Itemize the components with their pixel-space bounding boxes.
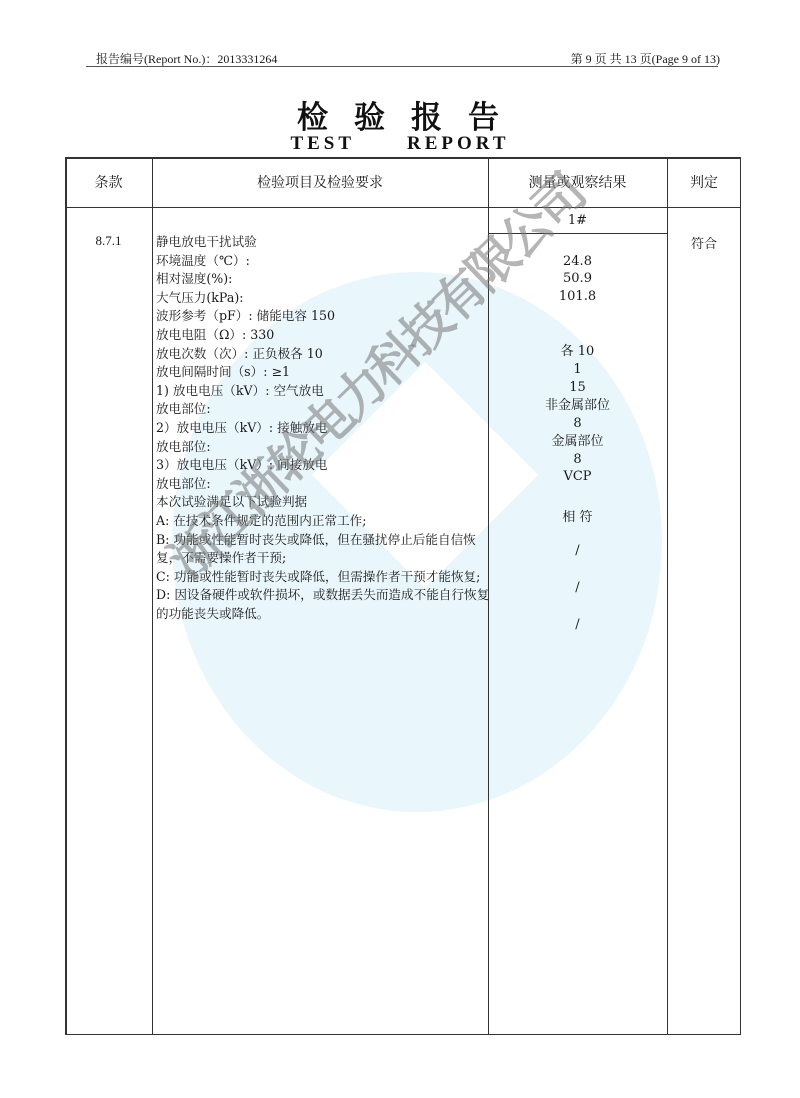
page-header: 报告编号(Report No.)：2013331264 第 9 页 共 13 页… xyxy=(96,48,720,68)
header-divider xyxy=(86,66,718,67)
report-number-label: 报告编号(Report No.)： xyxy=(96,52,217,66)
requirement-title: 静电放电干扰试验 xyxy=(156,233,492,252)
result-air-voltage: 15 xyxy=(488,379,667,398)
result-interval: 1 xyxy=(488,361,667,380)
criterion-d: D: 因设备硬件或软件损坏，或数据丢失而造成不能自行恢复的功能丧失或降低。 xyxy=(156,586,492,623)
result-indirect-voltage: 8 xyxy=(488,451,667,470)
result-indirect-location: VCP xyxy=(488,468,667,487)
result-contact-voltage: 8 xyxy=(488,415,667,434)
table-border-left xyxy=(65,157,67,1035)
table-border-right xyxy=(740,157,742,1035)
column-divider-1 xyxy=(152,157,153,1035)
result-criterion-c: / xyxy=(488,579,667,598)
verdict: 符合 xyxy=(667,233,741,252)
result-contact-location: 金属部位 xyxy=(488,433,667,452)
title-en-word1: TEST xyxy=(290,133,355,154)
report-number-value: 2013331264 xyxy=(217,52,277,66)
test-report-table: 条款 检验项目及检验要求 测量或观察结果 判定 1# 8.7.1 静电放电干扰试… xyxy=(65,157,741,1035)
result-discharge-count: 各 10 xyxy=(488,343,667,362)
column-divider-3 xyxy=(667,157,668,1035)
result-pressure: 101.8 xyxy=(488,288,667,307)
header-row-divider xyxy=(65,207,741,208)
report-title-en: TESTREPORT xyxy=(0,133,800,155)
column-header-clause: 条款 xyxy=(65,157,152,207)
result-criterion-b: / xyxy=(488,542,667,561)
table-border-bottom xyxy=(65,1034,741,1036)
report-number: 报告编号(Report No.)：2013331264 xyxy=(96,50,277,67)
result-air-location: 非金属部位 xyxy=(488,397,667,416)
column-header-verdict: 判定 xyxy=(667,157,741,207)
column-header-requirements: 检验项目及检验要求 xyxy=(152,157,488,207)
result-criterion-a: 相 符 xyxy=(488,509,667,528)
report-title-cn: 检验报告 xyxy=(0,92,800,137)
page-info: 第 9 页 共 13 页(Page 9 of 13) xyxy=(571,50,720,67)
clause-number: 8.7.1 xyxy=(65,233,152,249)
title-en-word2: REPORT xyxy=(407,133,510,154)
result-criterion-d: / xyxy=(488,616,667,635)
